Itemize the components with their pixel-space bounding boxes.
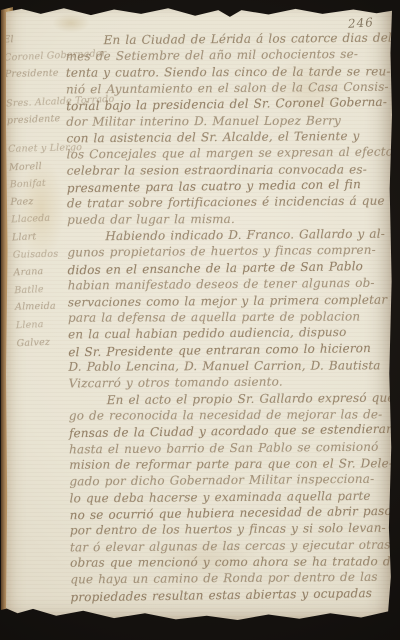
manuscript-line: de tratar sobre fortificaciones é incide…	[67, 193, 393, 212]
manuscript-photo: 246 ElCoronel GobernadorPresidenteSres. …	[0, 0, 400, 640]
manuscript-line: mes de Setiembre del año mil ochocientos…	[66, 46, 392, 65]
margin-entry: presidente	[7, 110, 72, 130]
margin-entry: Paez	[10, 192, 74, 211]
manuscript-line: En el acto el propio Sr. Gallardo expres…	[69, 389, 395, 408]
margin-entry: Llaceda	[11, 209, 76, 229]
margin-entry: Bonifat	[9, 174, 74, 194]
margin-entry: Sres. Alcalde Torrado	[6, 92, 71, 112]
page-number: 246	[348, 15, 375, 31]
margin-entry: Presidente	[5, 65, 69, 84]
manuscript-body: En la Ciudad de Lérida á los catorce dia…	[66, 30, 397, 605]
manuscript-page: 246 ElCoronel GobernadorPresidenteSres. …	[6, 4, 392, 620]
margin-entry: Canet y Llergo	[8, 139, 72, 158]
manuscript-line: hasta el nuevo barrio de San Pablo se co…	[69, 438, 395, 457]
manuscript-line: los Concejales que al margen se expresan…	[67, 144, 393, 163]
manuscript-line: servaciones como la mejor y la primera c…	[68, 291, 394, 310]
